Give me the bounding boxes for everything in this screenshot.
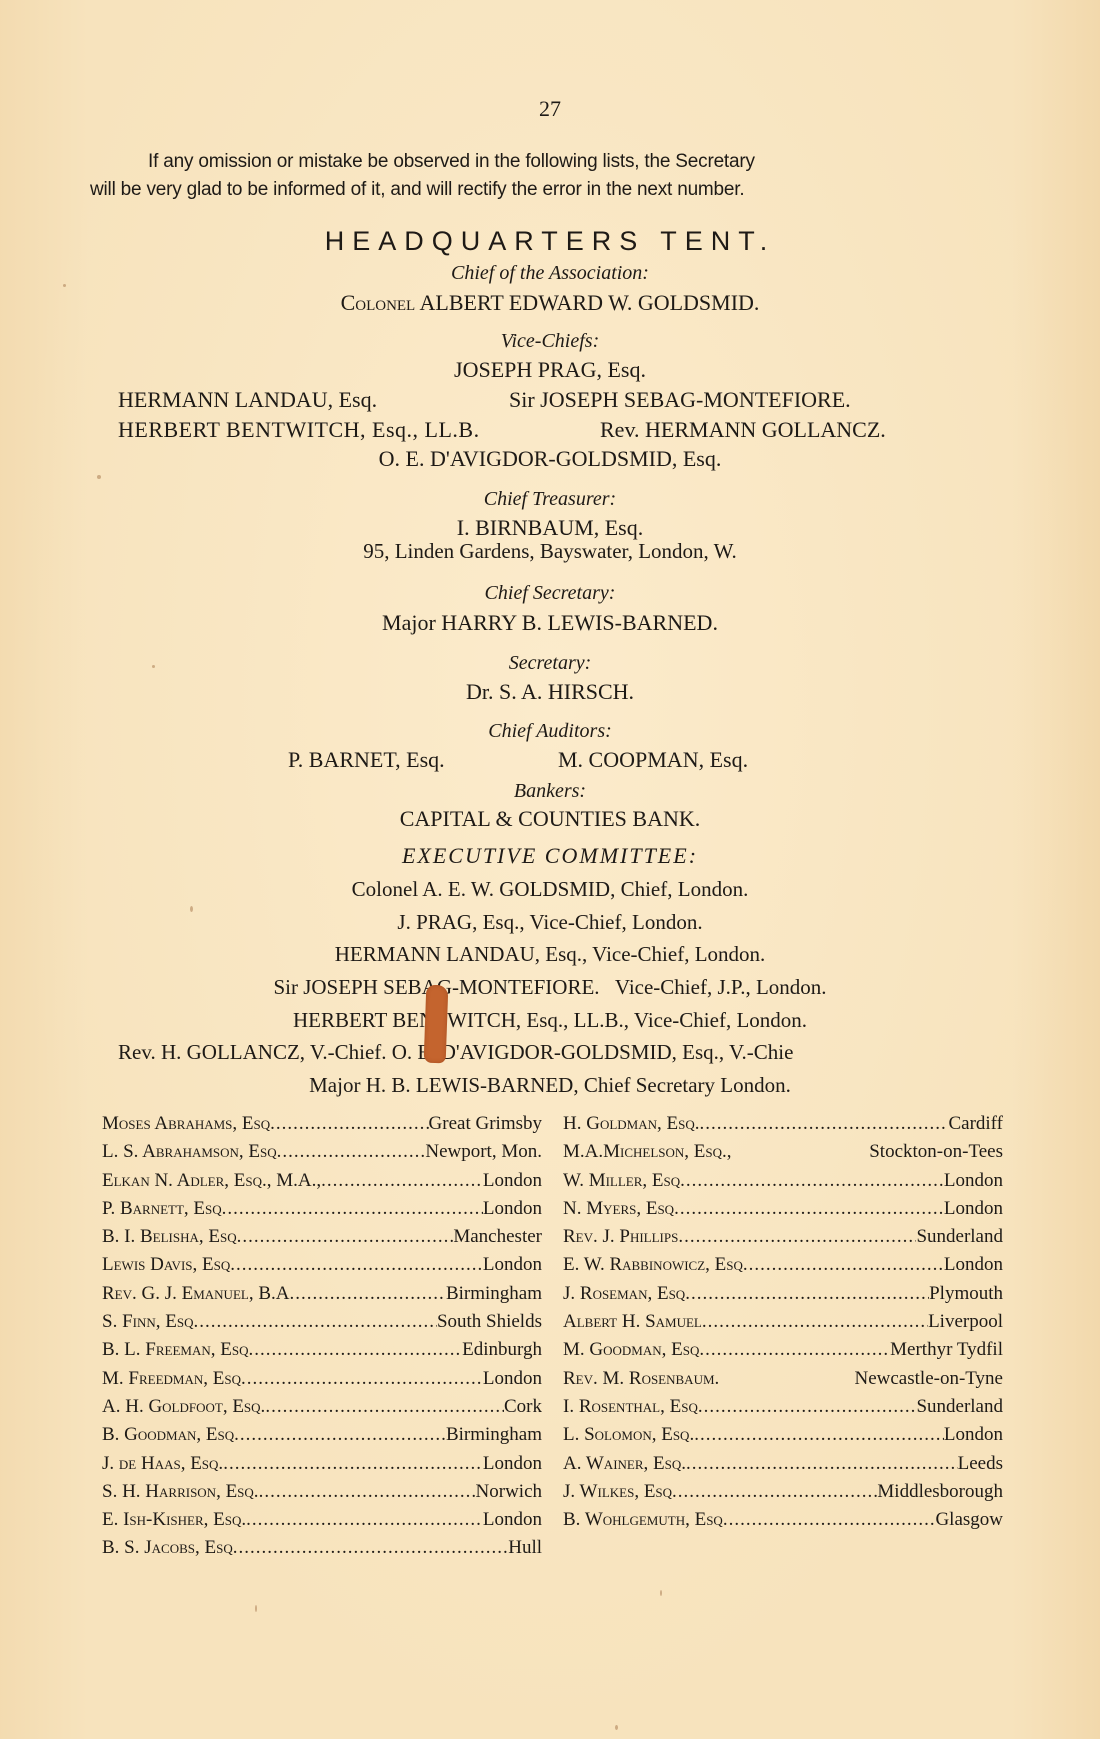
members-list-right: H. Goldman, Esq.CardiffM.A.Michelson, Es…	[563, 1110, 1003, 1534]
leader-dots	[321, 1167, 483, 1195]
member-name: B. Wohlgemuth, Esq	[563, 1506, 723, 1534]
leader-dots	[233, 1534, 509, 1562]
member-city: Glasgow	[935, 1506, 1003, 1534]
leader-dots	[241, 1365, 483, 1393]
member-city: Great Grimsby	[429, 1110, 542, 1138]
member-row: J. de Haas, Esq.London	[102, 1450, 542, 1478]
member-row: E. Ish-Kisher, Esq.London	[102, 1506, 542, 1534]
member-name: L. S. Abrahamson, Esq	[102, 1138, 277, 1166]
member-name: B. S. Jacobs, Esq	[102, 1534, 233, 1562]
member-row: N. Myers, EsqLondon	[563, 1195, 1003, 1223]
member-row: Rev. M. Rosenbaum. Newcastle-on-Tyne	[563, 1365, 1003, 1393]
member-row: Rev. J. PhillipsSunderland	[563, 1223, 1003, 1251]
member-name: Moses Abrahams, Esq	[102, 1110, 270, 1138]
vice-chief-bentwitch: HERBERT BENTWITCH, Esq., LL.B.	[118, 417, 480, 443]
member-city: Hull	[508, 1534, 542, 1562]
member-row: E. W. Rabbinowicz, EsqLondon	[563, 1251, 1003, 1279]
secretary-name: Dr. S. A. HIRSCH.	[0, 679, 1100, 705]
member-name: M.A.Michelson, Esq.,	[563, 1138, 732, 1166]
treasurer-role-label: Chief Treasurer:	[0, 488, 1100, 511]
member-city: Newport, Mon.	[425, 1138, 542, 1166]
vice-chiefs-role-label: Vice-Chiefs:	[0, 330, 1100, 353]
member-name: M. Goodman, Esq	[563, 1336, 699, 1364]
member-city: Edinburgh	[462, 1336, 542, 1364]
member-row: P. Barnett, EsqLondon	[102, 1195, 542, 1223]
member-name: I. Rosenthal, Esq	[563, 1393, 698, 1421]
member-row: B. L. Freeman, EsqEdinburgh	[102, 1336, 542, 1364]
bankers-role-label: Bankers:	[0, 780, 1100, 803]
member-city: Sunderland	[916, 1223, 1003, 1251]
paper-speck	[190, 906, 193, 912]
member-row: M.A.Michelson, Esq., Stockton-on-Tees	[563, 1138, 1003, 1166]
leader-dots	[694, 1421, 944, 1449]
member-name: N. Myers, Esq	[563, 1195, 674, 1223]
member-row: I. Rosenthal, EsqSunderland	[563, 1393, 1003, 1421]
leader-dots	[234, 1421, 446, 1449]
member-name: Elkan N. Adler, Esq., M.A.,	[102, 1167, 321, 1195]
leader-dots	[698, 1393, 917, 1421]
member-name: B. I. Belisha, Esq	[102, 1223, 237, 1251]
auditor-barnet: P. BARNET, Esq.	[288, 747, 445, 773]
section-title: HEADQUARTERS TENT.	[0, 226, 1100, 257]
member-name: Lewis Davis, Esq	[102, 1251, 230, 1279]
member-name: S. Finn, Esq	[102, 1308, 193, 1336]
member-city: South Shields	[437, 1308, 542, 1336]
auditor-coopman: M. COOPMAN, Esq.	[558, 747, 748, 773]
member-name: A. H. Goldfoot, Esq.	[102, 1393, 265, 1421]
paper-speck	[63, 284, 66, 287]
member-row: S. Finn, EsqSouth Shields	[102, 1308, 542, 1336]
intro-line-1: If any omission or mistake be observed i…	[148, 148, 755, 176]
member-name: M. Freedman, Esq	[102, 1365, 241, 1393]
member-name: Rev. G. J. Emanuel, B.A	[102, 1280, 289, 1308]
paper-stain	[424, 985, 449, 1064]
member-row: W. Miller, EsqLondon	[563, 1167, 1003, 1195]
member-row: L. Solomon, Esq.London	[563, 1421, 1003, 1449]
leader-dots	[672, 1478, 877, 1506]
member-row: L. S. Abrahamson, EsqNewport, Mon.	[102, 1138, 542, 1166]
executive-line: Sir JOSEPH SEBAG-MONTEFIORE. Vice-Chief,…	[0, 975, 1100, 1000]
leader-dots	[277, 1138, 426, 1166]
chief-name-line: Colonel ALBERT EDWARD W. GOLDSMID.	[0, 290, 1100, 316]
leader-dots	[237, 1223, 454, 1251]
leader-dots	[678, 1223, 916, 1251]
executive-line: HERBERT BENTWITCH, Esq., LL.B., Vice-Chi…	[0, 1008, 1100, 1033]
member-name: J. Wilkes, Esq	[563, 1478, 672, 1506]
member-row: S. H. Harrison, Esq.Norwich	[102, 1478, 542, 1506]
leader-dots	[743, 1251, 944, 1279]
member-city: Manchester	[453, 1223, 542, 1251]
leader-dots	[699, 1110, 948, 1138]
member-name: J. de Haas, Esq.	[102, 1450, 223, 1478]
member-city: Cork	[504, 1393, 542, 1421]
member-city: London	[944, 1421, 1003, 1449]
member-row: Albert H. SamuelLiverpool	[563, 1308, 1003, 1336]
leader-dots	[680, 1167, 944, 1195]
leader-dots	[699, 1336, 890, 1364]
member-name: Albert H. Samuel	[563, 1308, 702, 1336]
member-name: P. Barnett, Esq	[102, 1195, 222, 1223]
member-row: B. Wohlgemuth, EsqGlasgow	[563, 1506, 1003, 1534]
member-row: A. H. Goldfoot, Esq.Cork	[102, 1393, 542, 1421]
vice-chief-landau: HERMANN LANDAU, Esq.	[118, 387, 377, 413]
member-city: London	[483, 1195, 542, 1223]
member-city: Merthyr Tydfil	[890, 1336, 1003, 1364]
vice-chief-line-4: O. E. D'AVIGDOR-GOLDSMID, Esq.	[0, 446, 1100, 472]
chief-name: ALBERT EDWARD W. GOLDSMID.	[420, 290, 760, 315]
member-city: Middlesborough	[877, 1478, 1003, 1506]
member-city: Norwich	[476, 1478, 542, 1506]
paper-speck	[152, 665, 155, 668]
executive-line: HERMANN LANDAU, Esq., Vice-Chief, London…	[0, 942, 1100, 967]
leader-dots	[265, 1393, 504, 1421]
leader-dots	[193, 1308, 436, 1336]
executive-line: Major H. B. LEWIS-BARNED, Chief Secretar…	[0, 1073, 1100, 1098]
leader-dots	[289, 1280, 445, 1308]
executive-committee-title: EXECUTIVE COMMITTEE:	[0, 843, 1100, 869]
member-city: London	[944, 1251, 1003, 1279]
leader-dots	[685, 1280, 929, 1308]
vice-chief-montefiore: Sir JOSEPH SEBAG-MONTEFIORE.	[509, 387, 851, 413]
member-city: Leeds	[958, 1450, 1003, 1478]
member-city: Birmingham	[446, 1421, 542, 1449]
leader-dots	[259, 1478, 476, 1506]
member-name: E. Ish-Kisher, Esq.	[102, 1506, 246, 1534]
paper-speck	[660, 1590, 662, 1596]
member-row: B. Goodman, EsqBirmingham	[102, 1421, 542, 1449]
member-row: B. S. Jacobs, EsqHull	[102, 1534, 542, 1562]
member-row: J. Roseman, EsqPlymouth	[563, 1280, 1003, 1308]
chief-prefix: Colonel	[341, 290, 416, 315]
leader-dots	[674, 1195, 944, 1223]
member-name: Rev. J. Phillips	[563, 1223, 678, 1251]
member-city: London	[944, 1195, 1003, 1223]
member-city: Cardiff	[948, 1110, 1003, 1138]
member-name: S. H. Harrison, Esq.	[102, 1478, 259, 1506]
intro-line-2: will be very glad to be informed of it, …	[90, 176, 744, 204]
member-name: J. Roseman, Esq	[563, 1280, 685, 1308]
member-city: London	[944, 1167, 1003, 1195]
member-row: H. Goldman, Esq.Cardiff	[563, 1110, 1003, 1138]
member-name: B. Goodman, Esq	[102, 1421, 234, 1449]
member-city: Sunderland	[916, 1393, 1003, 1421]
member-city: London	[483, 1365, 542, 1393]
member-row: Rev. G. J. Emanuel, B.ABirmingham	[102, 1280, 542, 1308]
leader-dots	[686, 1450, 958, 1478]
member-row: B. I. Belisha, EsqManchester	[102, 1223, 542, 1251]
leader-dots	[248, 1336, 462, 1364]
member-city: Birmingham	[446, 1280, 542, 1308]
member-city: Liverpool	[928, 1308, 1003, 1336]
executive-line: Rev. H. GOLLANCZ, V.-Chief. O. E. D'AVIG…	[118, 1040, 793, 1065]
member-name: H. Goldman, Esq.	[563, 1110, 699, 1138]
leader-dots	[246, 1506, 483, 1534]
member-row: Elkan N. Adler, Esq., M.A.,London	[102, 1167, 542, 1195]
member-city: London	[483, 1450, 542, 1478]
leader-dots	[270, 1110, 428, 1138]
member-row: M. Goodman, EsqMerthyr Tydfil	[563, 1336, 1003, 1364]
paper-speck	[97, 475, 101, 479]
executive-line: Colonel A. E. W. GOLDSMID, Chief, London…	[0, 877, 1100, 902]
member-row: Lewis Davis, EsqLondon	[102, 1251, 542, 1279]
paper-speck	[615, 1725, 618, 1730]
vice-chief-line-1: JOSEPH PRAG, Esq.	[0, 357, 1100, 383]
leader-dots	[702, 1308, 928, 1336]
member-name: L. Solomon, Esq.	[563, 1421, 694, 1449]
bankers-name: CAPITAL & COUNTIES BANK.	[0, 806, 1100, 832]
document-page: 27 If any omission or mistake be observe…	[0, 0, 1100, 1739]
auditors-role-label: Chief Auditors:	[0, 720, 1100, 743]
member-city: London	[483, 1167, 542, 1195]
paper-speck	[255, 1605, 257, 1612]
leader-dots	[230, 1251, 483, 1279]
member-city: Stockton-on-Tees	[869, 1138, 1003, 1166]
treasurer-name: I. BIRNBAUM, Esq.	[0, 515, 1100, 541]
member-name: B. L. Freeman, Esq	[102, 1336, 248, 1364]
members-list-left: Moses Abrahams, EsqGreat GrimsbyL. S. Ab…	[102, 1110, 542, 1563]
chief-role-label: Chief of the Association:	[0, 262, 1100, 285]
leader-dots	[223, 1450, 483, 1478]
member-name: E. W. Rabbinowicz, Esq	[563, 1251, 743, 1279]
member-row: Moses Abrahams, EsqGreat Grimsby	[102, 1110, 542, 1138]
member-name: Rev. M. Rosenbaum.	[563, 1365, 719, 1393]
member-row: J. Wilkes, EsqMiddlesborough	[563, 1478, 1003, 1506]
chief-secretary-name: Major HARRY B. LEWIS-BARNED.	[0, 610, 1100, 636]
vice-chief-gollancz: Rev. HERMANN GOLLANCZ.	[600, 417, 886, 443]
member-city: Newcastle-on-Tyne	[855, 1365, 1004, 1393]
page-number: 27	[0, 96, 1100, 122]
executive-line: J. PRAG, Esq., Vice-Chief, London.	[0, 910, 1100, 935]
secretary-role-label: Secretary:	[0, 652, 1100, 675]
leader-dots	[222, 1195, 483, 1223]
member-name: W. Miller, Esq	[563, 1167, 680, 1195]
member-city: London	[483, 1251, 542, 1279]
chief-secretary-role-label: Chief Secretary:	[0, 582, 1100, 605]
member-row: M. Freedman, EsqLondon	[102, 1365, 542, 1393]
treasurer-address: 95, Linden Gardens, Bayswater, London, W…	[0, 539, 1100, 564]
leader-dots	[723, 1506, 936, 1534]
member-name: A. Wainer, Esq.	[563, 1450, 686, 1478]
member-city: Plymouth	[929, 1280, 1003, 1308]
member-city: London	[483, 1506, 542, 1534]
member-row: A. Wainer, Esq.Leeds	[563, 1450, 1003, 1478]
